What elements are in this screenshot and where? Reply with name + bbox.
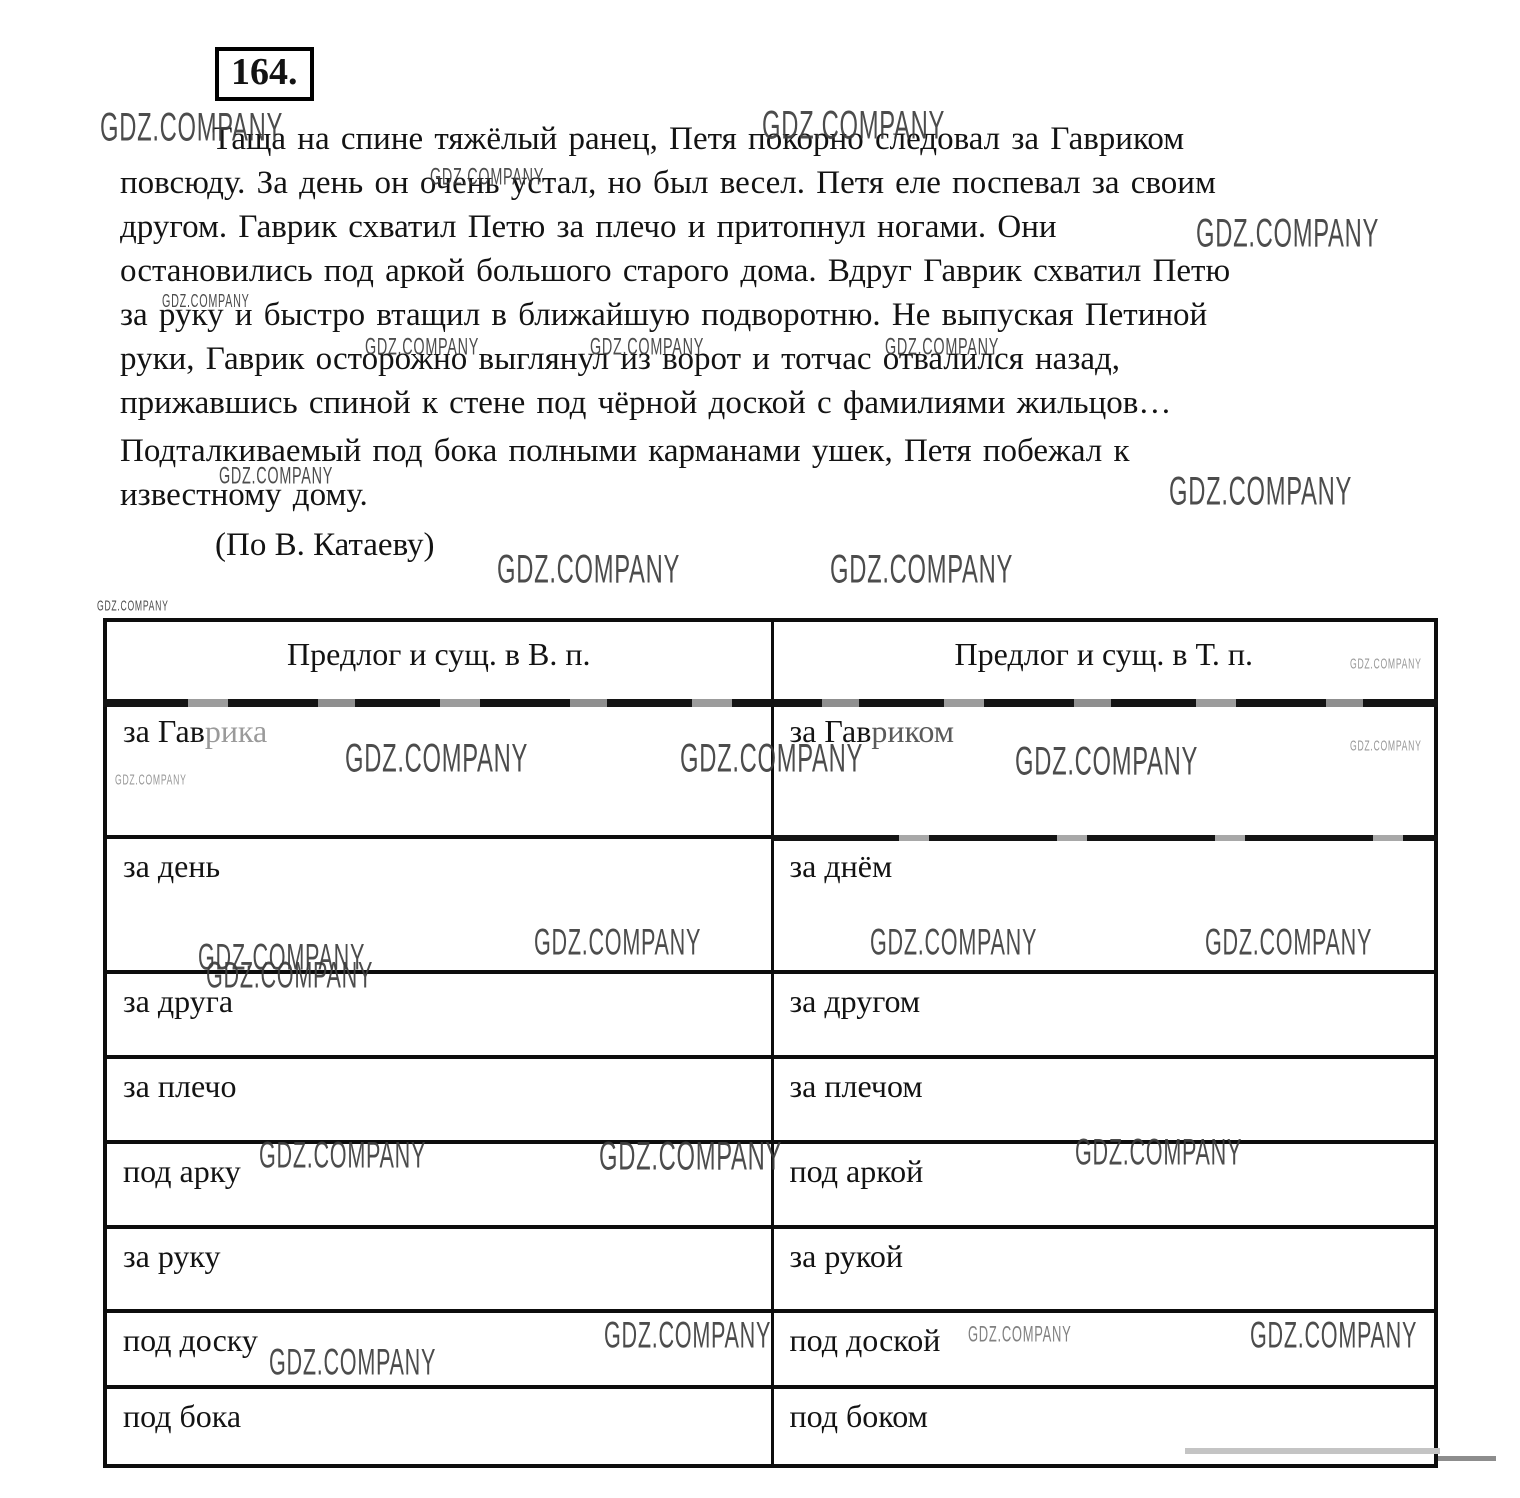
watermark: GDZ.COMPANY xyxy=(885,334,999,362)
text-line: за руку и быстро втащил в ближайшую подв… xyxy=(120,297,1420,341)
watermark: GDZ.COMPANY xyxy=(345,735,528,781)
watermark: GDZ.COMPANY xyxy=(430,164,544,192)
table-header-instrumental: Предлог и сущ. в Т. п. xyxy=(771,622,1435,700)
watermark: GDZ.COMPANY xyxy=(497,546,680,592)
watermark: GDZ.COMPANY xyxy=(604,1316,771,1357)
table-cell: под бока xyxy=(107,1385,771,1464)
exercise-text: Таща на спине тяжёлый ранец, Петя покорн… xyxy=(120,121,1420,521)
watermark: GDZ.COMPANY xyxy=(1350,655,1422,672)
watermark: GDZ.COMPANY xyxy=(1350,737,1422,754)
watermark: GDZ.COMPANY xyxy=(259,1136,426,1177)
scan-artifact-dashes xyxy=(771,835,1438,841)
table-cell: за руку xyxy=(107,1225,771,1309)
text-line: руки, Гаврик осторожно выглянул из ворот… xyxy=(120,341,1420,385)
watermark: GDZ.COMPANY xyxy=(968,1322,1071,1348)
exercise-number: 164. xyxy=(231,51,298,93)
watermark: GDZ.COMPANY xyxy=(365,334,479,362)
cell-text-faded: рика xyxy=(205,713,267,749)
watermark: GDZ.COMPANY xyxy=(599,1133,782,1179)
watermark: GDZ.COMPANY xyxy=(1075,1133,1242,1174)
watermark: GDZ.COMPANY xyxy=(1169,468,1352,514)
watermark: GDZ.COMPANY xyxy=(680,735,863,781)
watermark: GDZ.COMPANY xyxy=(830,546,1013,592)
watermark: GDZ.COMPANY xyxy=(534,923,701,964)
text-line: прижавшись спиной к стене под чёрной дос… xyxy=(120,385,1420,429)
watermark: GDZ.COMPANY xyxy=(162,291,250,312)
watermark: GDZ.COMPANY xyxy=(269,1343,436,1384)
table-cell: за плечом xyxy=(771,1055,1435,1140)
attribution: (По В. Катаеву) xyxy=(215,527,435,564)
scan-artifact xyxy=(1438,1456,1496,1461)
watermark: GDZ.COMPANY xyxy=(1205,923,1372,964)
scan-artifact xyxy=(1185,1448,1440,1454)
table-cell: за плечо xyxy=(107,1055,771,1140)
table-cell: за другом xyxy=(771,970,1435,1055)
text-line: повсюду. За день он очень устал, но был … xyxy=(120,165,1420,209)
watermark: GDZ.COMPANY xyxy=(115,771,187,788)
watermark: GDZ.COMPANY xyxy=(590,334,704,362)
table-cell: за рукой xyxy=(771,1225,1435,1309)
watermark: GDZ.COMPANY xyxy=(762,102,945,148)
watermark: GDZ.COMPANY xyxy=(100,104,283,150)
cell-text-faded: риком xyxy=(871,713,954,749)
watermark: GDZ.COMPANY xyxy=(97,597,169,614)
cell-text: за Гав xyxy=(123,713,205,749)
table-header-accusative: Предлог и сущ. в В. п. xyxy=(107,622,771,700)
exercise-number-badge: 164. xyxy=(215,47,314,101)
watermark: GDZ.COMPANY xyxy=(219,463,333,491)
watermark: GDZ.COMPANY xyxy=(1196,210,1379,256)
text-line: остановились под аркой большого старого … xyxy=(120,253,1420,297)
scan-artifact-dashes xyxy=(103,699,1438,707)
watermark: GDZ.COMPANY xyxy=(206,956,373,997)
watermark: GDZ.COMPANY xyxy=(870,923,1037,964)
watermark: GDZ.COMPANY xyxy=(1250,1316,1417,1357)
watermark: GDZ.COMPANY xyxy=(1015,738,1198,784)
